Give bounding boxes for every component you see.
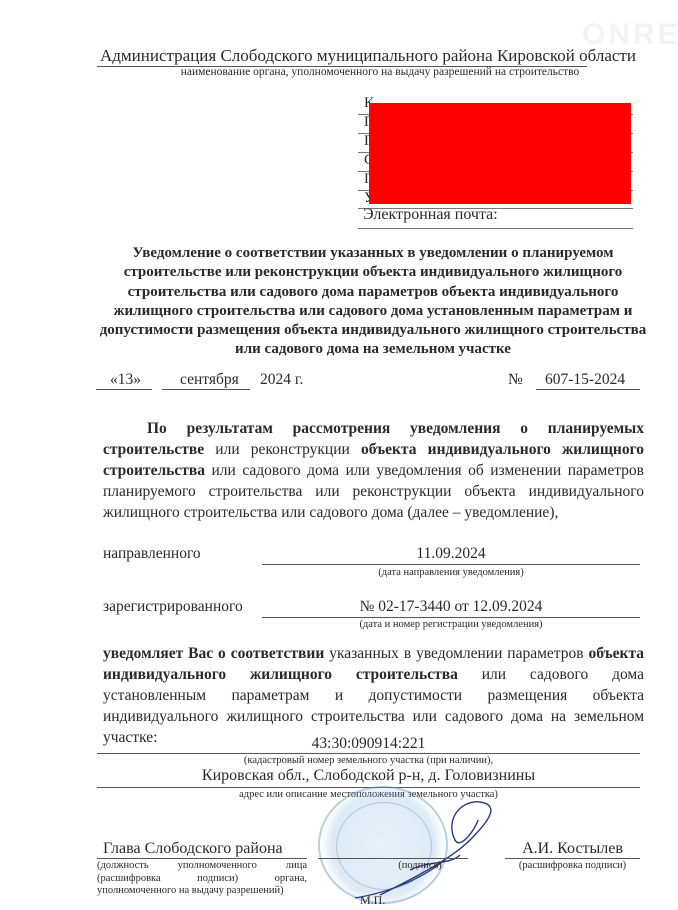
intro-paragraph: По результатам рассмотрения уведомления …	[103, 418, 644, 523]
signature-caption: (подпись)	[380, 860, 460, 871]
stamp-label: М.П.	[360, 893, 385, 908]
land-address: Кировская обл., Слободской р-н, д. Голов…	[97, 767, 640, 785]
registered-caption: (дата и номер регистрации уведомления)	[262, 619, 640, 630]
notice-paragraph: уведомляет Вас о соответствии указанных …	[103, 643, 644, 748]
registered-value: № 02-17-3440 от 12.09.2024	[262, 598, 640, 616]
sent-label: направленного	[103, 545, 201, 563]
date-month: сентября	[180, 371, 239, 389]
date-day-underline	[96, 389, 152, 390]
name-underline	[505, 858, 640, 859]
cadastral-underline	[97, 753, 640, 754]
position-caption: (должность уполномоченного лица (расшифр…	[97, 860, 307, 898]
signatory-name: А.И. Костылев	[505, 840, 640, 858]
organization-name: Администрация Слободского муниципального…	[100, 46, 660, 66]
sent-underline	[262, 564, 640, 565]
sent-caption: (дата направления уведомления)	[262, 567, 640, 578]
notice-bold-1: уведомляет Вас о соответствии	[103, 645, 324, 662]
organization-caption: наименование органа, уполномоченного на …	[100, 66, 660, 78]
cadastral-caption: (кадастровый номер земельного участка (п…	[97, 755, 640, 766]
signature-mark	[350, 800, 520, 900]
document-title: Уведомление о соответствии указанных в у…	[95, 244, 651, 360]
name-caption: (расшифровка подписи)	[505, 860, 640, 871]
sent-date: 11.09.2024	[262, 545, 640, 563]
position-underline	[97, 858, 307, 859]
signature-underline	[318, 858, 468, 859]
registered-label: зарегистрированного	[103, 598, 243, 616]
date-month-underline	[162, 389, 250, 390]
registered-underline	[262, 617, 640, 618]
cadastral-number: 43:30:090914:221	[97, 735, 640, 753]
document-number: 607-15-2024	[545, 371, 625, 389]
number-underline	[536, 389, 640, 390]
intro-text-1: или реконструкции	[204, 441, 361, 458]
signatory-position: Глава Слободского района	[103, 840, 283, 858]
date-year: 2024 г.	[260, 371, 303, 389]
notice-text-1: указанных в уведомлении параметров	[324, 645, 588, 662]
number-sign: №	[508, 371, 523, 389]
email-label: Электронная почта:	[363, 206, 498, 224]
date-day: «13»	[110, 371, 141, 389]
redaction-box	[369, 103, 631, 204]
email-underline	[358, 228, 633, 229]
